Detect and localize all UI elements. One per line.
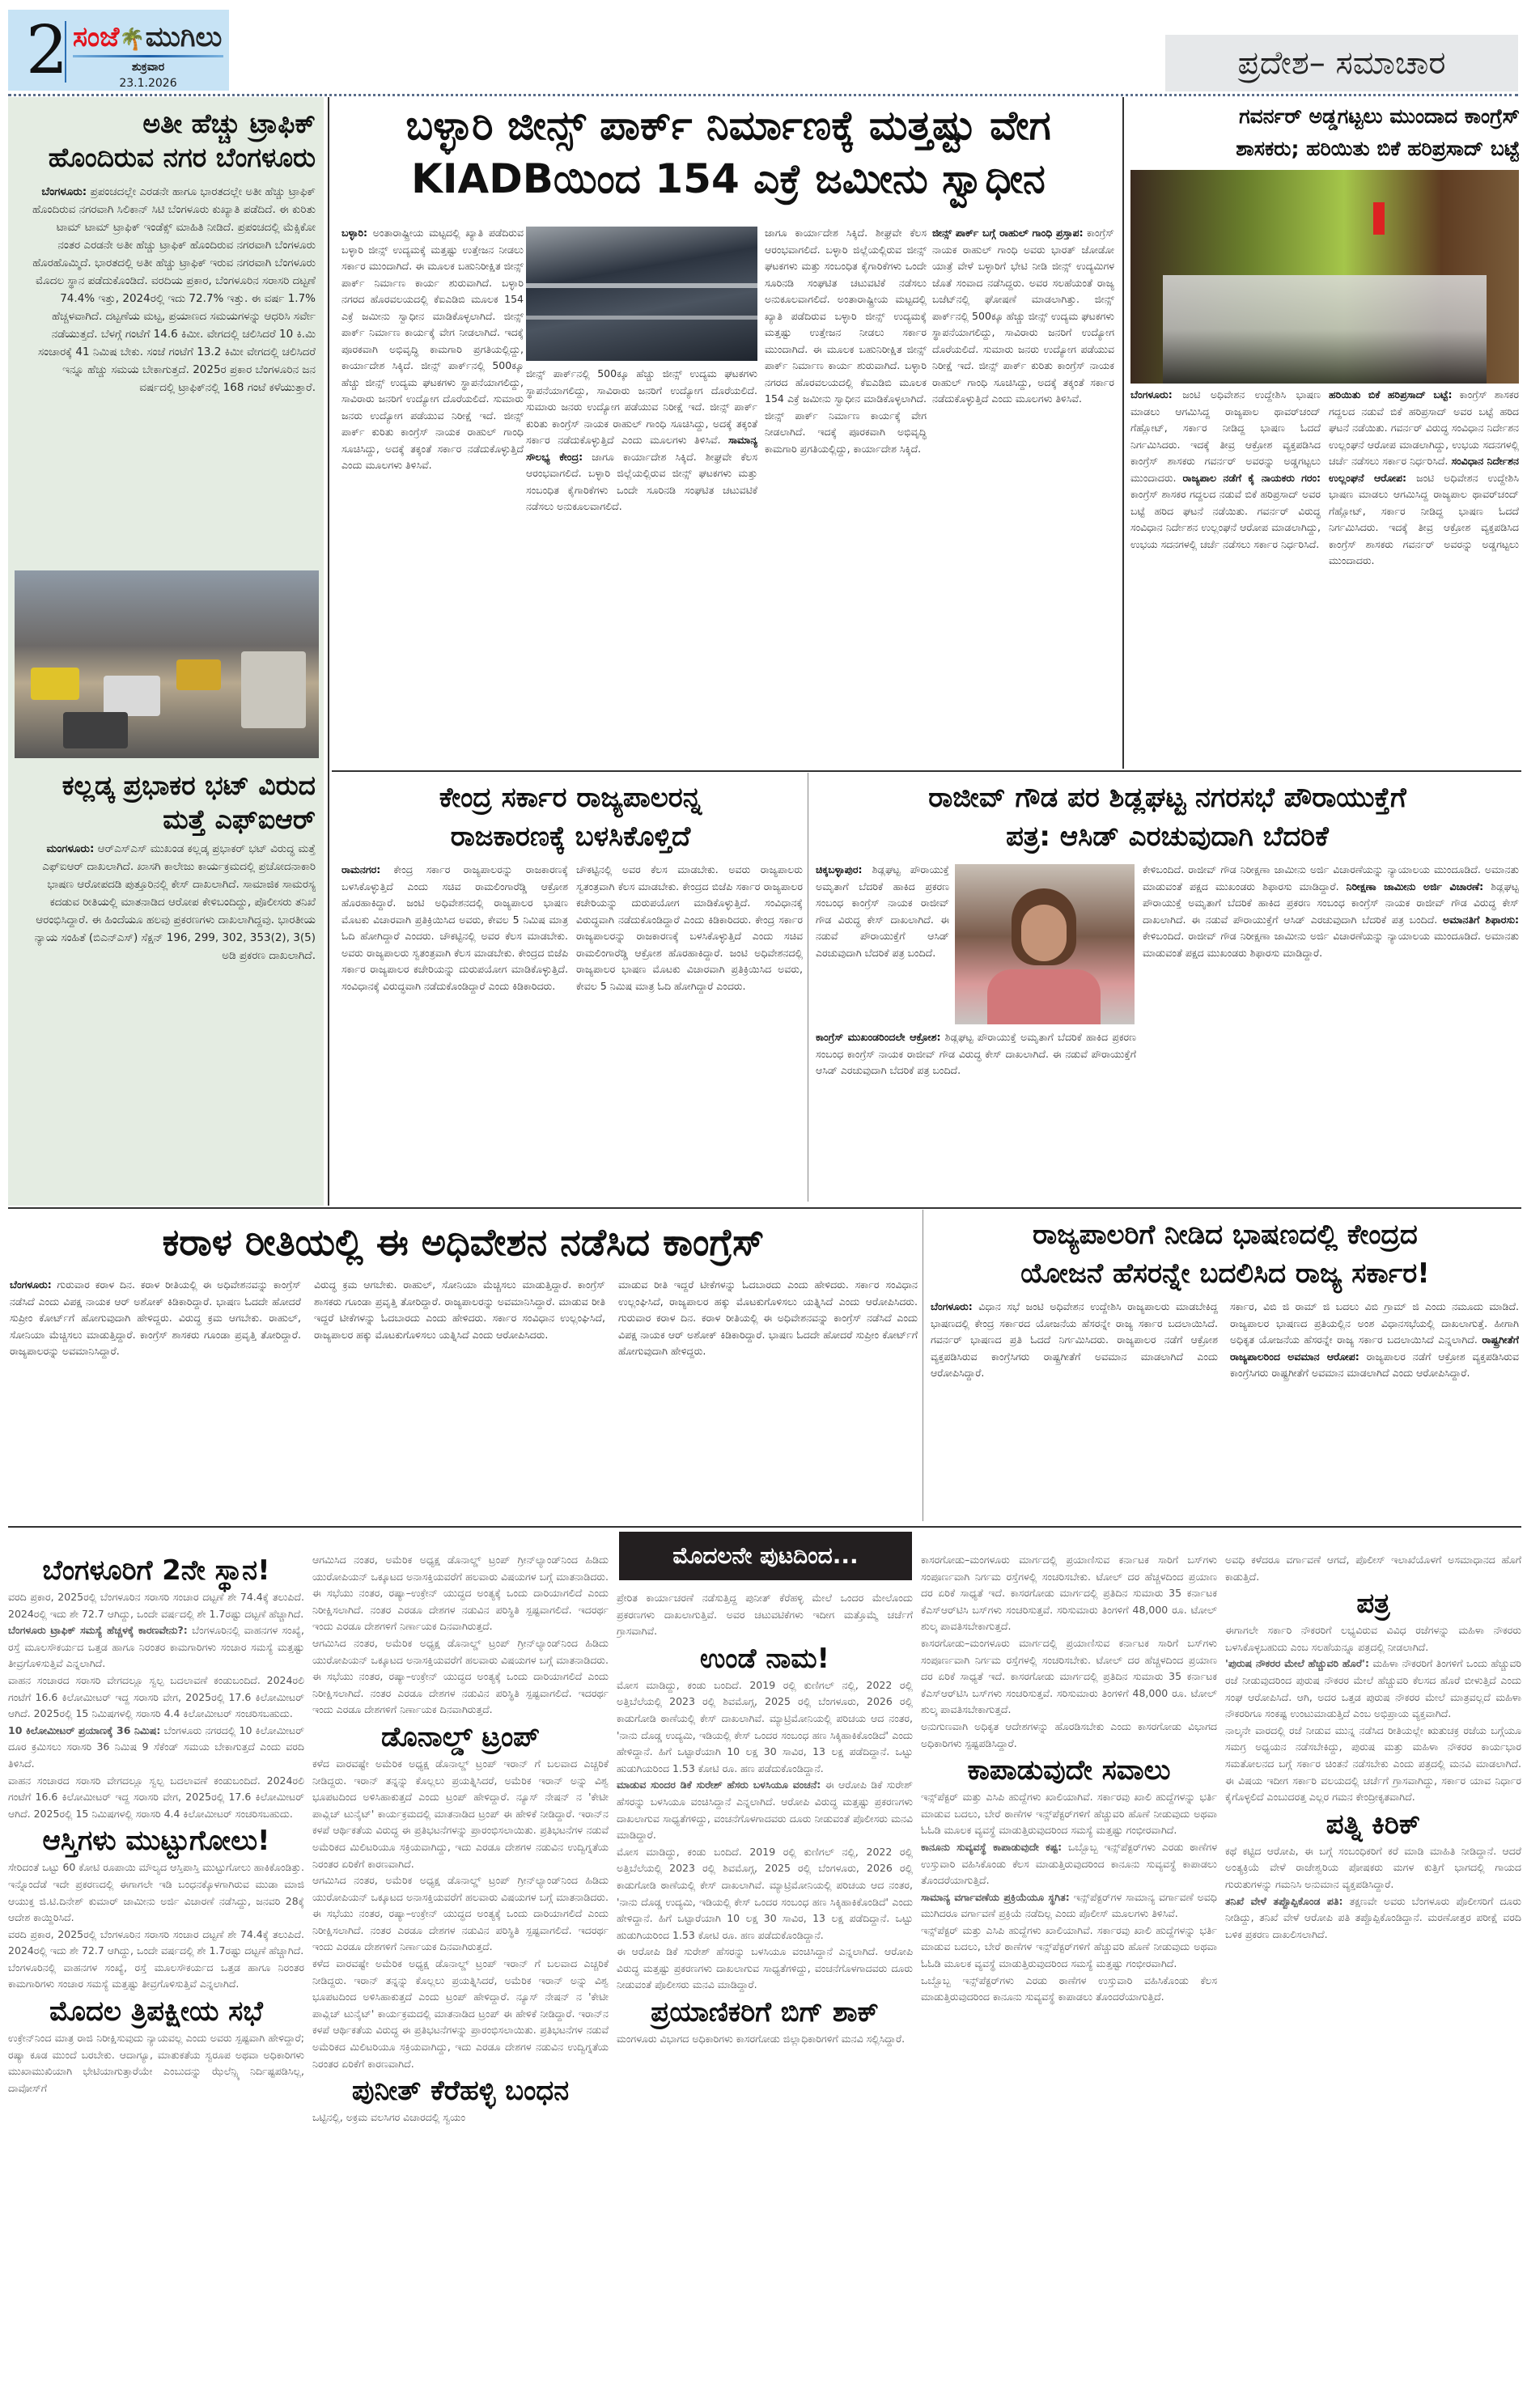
rajeev-body-col2: ಕೇಳಿಬಂದಿದೆ. ರಾಜೀವ್ ಗೌಡ ನಿರೀಕ್ಷಣಾ ಜಾಮೀನು … bbox=[1143, 862, 1519, 1198]
governor-body-col1: ಬೆಂಗಳೂರು: ಜಂಟಿ ಅಧಿವೇಶನ ಉದ್ದೇಶಿಸಿ ಭಾಷಣ ಮಾ… bbox=[1130, 387, 1321, 763]
scheme-body-col2: ಸರ್ಕಾರ, ವಿಬಿ ಜಿ ರಾಮ್ ಜಿ ಬದಲು ವಿಬಿ ಗ್ರಾಮ್… bbox=[1230, 1299, 1519, 1517]
centre-body-col2: ಚೌಕಟ್ಟಿನಲ್ಲಿ ಅವರ ಕೆಲಸ ಮಾಡಬೇಕು. ಅವರು ರಾಜ್… bbox=[576, 862, 803, 1198]
masthead-divider bbox=[65, 21, 66, 83]
sidebar-story2-headline: ಕಲ್ಲಡ್ಕ ಪ್ರಭಾಕರ ಭಟ್ ವಿರುದ ಮತ್ತೆ ಎಫ್‌ಐಆರ್ bbox=[16, 769, 316, 837]
heading-patra: ಪತ್ರ bbox=[1225, 1585, 1521, 1622]
sidebar-story1-body: ಬೆಂಗಳೂರು: ಪ್ರಪಂಚದಲ್ಲೇ ಎರಡನೇ ಹಾಗೂ ಭಾರತದಲ್… bbox=[32, 183, 316, 563]
traffic-jam-photo bbox=[15, 570, 319, 758]
section-rule bbox=[332, 770, 1521, 772]
column-divider bbox=[328, 97, 329, 1206]
municipal-commissioner-photo bbox=[955, 864, 1135, 1024]
lead-body-col1: ಬಳ್ಳಾರಿ: ಅಂತಾರಾಷ್ಟ್ರೀಯ ಮಟ್ಟದಲ್ಲಿ ಖ್ಯಾತಿ … bbox=[341, 225, 524, 759]
heading-assets-seized: ಆಸ್ತಿಗಳು ಮುಟ್ಟುಗೋಲು! bbox=[8, 1822, 304, 1859]
assembly-protest-photo bbox=[1130, 170, 1519, 384]
section-rule bbox=[8, 1207, 1521, 1209]
column-divider bbox=[923, 1210, 923, 1521]
centre-body-col1: ರಾಮನಗರ: ಕೇಂದ್ರ ಸರ್ಕಾರ ರಾಜ್ಯಪಾಲರನ್ನು ರಾಜಕ… bbox=[341, 862, 568, 1198]
newspaper-logo: ಸಂಜೆ🌴ಮುಗಿಲು bbox=[73, 21, 222, 56]
continued-banner: ಮೊದಲನೇ ಪುಟದಿಂದ... bbox=[619, 1532, 912, 1580]
continued-col5: ಅವಧಿ ಕಳೆದರೂ ವರ್ಗಾವಣೆ ಆಗದೆ, ಪೊಲೀಸ್ ಇಲಾಖೆಯ… bbox=[1225, 1552, 1521, 2402]
section-rule bbox=[8, 1526, 1521, 1528]
palm-sun-icon: 🌴 bbox=[119, 28, 145, 52]
heading-kapaduvude-savalu: ಕಾಪಾಡುವುದೇ ಸವಾಲು bbox=[921, 1752, 1217, 1789]
continued-col4: ಕಾಸರಗೋಡು–ಮಂಗಳೂರು ಮಾರ್ಗದಲ್ಲಿ ಪ್ರಯಾಣಿಸುವ ಕ… bbox=[921, 1552, 1217, 2402]
page-number: 2 bbox=[26, 18, 68, 84]
issue-day: ಶುಕ್ರವಾರ bbox=[73, 61, 223, 74]
congress-body-col2: ವಿರುದ್ಧ ಕ್ರಮ ಆಗಬೇಕು. ರಾಹುಲ್, ಸೋನಿಯಾ ಮೆಚ್… bbox=[314, 1277, 605, 1516]
heading-bengaluru-2nd: ಬೆಂಗಳೂರಿಗೆ 2ನೇ ಸ್ಥಾನ! bbox=[8, 1552, 304, 1589]
governor-headline: ಗವರ್ನರ್ ಅಡ್ಡಗಟ್ಟಲು ಮುಂದಾದ ಕಾಂಗ್ರೆಸ್ ಶಾಸಕ… bbox=[1131, 100, 1520, 165]
scheme-body-col1: ಬೆಂಗಳೂರು: ವಿಧಾನ ಸಭೆ ಜಂಟಿ ಅಧಿವೇಶನ ಉದ್ದೇಶಿ… bbox=[931, 1299, 1218, 1517]
continued-col3: ಪ್ರೇರಿತ ಕಾರ್ಯಾಚರಣೆ ನಡೆಸುತ್ತಿದ್ದ ಪುನೀತ್ ಕ… bbox=[617, 1590, 913, 2402]
continued-col1: ಬೆಂಗಳೂರಿಗೆ 2ನೇ ಸ್ಥಾನ! ವರದಿ ಪ್ರಕಾರ, 2025ರ… bbox=[8, 1552, 304, 2402]
centre-headline: ಕೇಂದ್ರ ಸರ್ಕಾರ ರಾಜ್ಯಪಾಲರನ್ನ ರಾಜಕಾರಣಕ್ಕೆ ಬ… bbox=[340, 778, 801, 856]
sidebar-panel: ಅತೀ ಹೆಚ್ಚು ಟ್ರಾಫಿಕ್ ಹೊಂದಿರುವ ನಗರ ಬೆಂಗಳೂರ… bbox=[8, 97, 324, 1206]
logo-part-red: ಸಂಜೆ bbox=[73, 21, 119, 53]
rajeev-body-col1: ಕಾಂಗ್ರೆಸ್ ಮುಖಂಡರಿಂದಲೇ ಆಕ್ರೋಶ: ಶಿಡ್ಲಘಟ್ಟ … bbox=[816, 1029, 1136, 1199]
lead-body-col3: ಜಾಗೂ ಕಾರ್ಯಾದೇಶ ಸಿಕ್ಕಿದೆ. ಶೀಘ್ರವೇ ಕೆಲಸ ಆರ… bbox=[765, 225, 927, 759]
lead-headline: ಬಳ್ಳಾರಿ ಜೀನ್ಸ್ ಪಾರ್ಕ್ ನಿರ್ಮಾಣಕ್ಕೆ ಮತ್ತಷ್… bbox=[340, 99, 1117, 206]
congress-body-col3: ಮಾಡುವ ರೀತಿ ಇದ್ದರೆ ಟೀಕೆಗಳನ್ನು ಓದಬಾರದು ಎಂದ… bbox=[618, 1277, 918, 1516]
column-divider bbox=[808, 773, 808, 1202]
heading-unde-naama: ಉಂಡೆ ನಾಮ! bbox=[617, 1640, 913, 1677]
dateline: ಮಂಗಳೂರು: bbox=[46, 842, 94, 855]
governor-body-col2: ಹರಿಯಿತು ಬಿಕೆ ಹರಿಪ್ರಸಾದ್ ಬಟ್ಟೆ: ಕಾಂಗ್ರೆಸ್… bbox=[1329, 387, 1519, 763]
congress-body-col1: ಬೆಂಗಳೂರು: ಗುರುವಾರ ಕರಾಳ ದಿನ. ಕರಾಳ ರೀತಿಯಲ್… bbox=[10, 1277, 301, 1516]
issue-date: 23.1.2026 bbox=[73, 77, 223, 90]
sidebar-story2-body: ಮಂಗಳೂರು: ಆರ್‌ಎಸ್‌ಎಸ್ ಮುಖಂಡ ಕಲ್ಲಡ್ಕ ಪ್ರಭಾ… bbox=[24, 840, 316, 1196]
scheme-headline: ರಾಜ್ಯಪಾಲರಿಗೆ ನೀಡಿದ ಭಾಷಣದಲ್ಲಿ ಕೇಂದ್ರದ ಯೋಜ… bbox=[929, 1215, 1521, 1293]
sidebar-story1-headline: ಅತೀ ಹೆಚ್ಚು ಟ್ರಾಫಿಕ್ ಹೊಂದಿರುವ ನಗರ ಬೆಂಗಳೂರ… bbox=[16, 107, 316, 175]
logo-underline bbox=[73, 55, 223, 57]
heading-patni-kirik: ಪತ್ನಿ ಕಿರಿಕ್ bbox=[1225, 1806, 1521, 1843]
dateline: ಬೆಂಗಳೂರು: bbox=[41, 185, 87, 198]
heading-big-shock: ಪ್ರಯಾಣಿಕರಿಗೆ ಬಿಗ್ ಶಾಕ್ bbox=[617, 1994, 913, 2031]
logo-part-black: ಮುಗಿಲು bbox=[146, 21, 223, 53]
section-label: ಪ್ರದೇಶ– ಸಮಾಚಾರ bbox=[1165, 35, 1518, 91]
column-divider bbox=[1122, 97, 1124, 769]
lead-body-col4: ಜೀನ್ಸ್ ಪಾರ್ಕ್ ಬಗ್ಗೆ ರಾಹುಲ್ ಗಾಂಧಿ ಪ್ರಸ್ತಾ… bbox=[932, 225, 1114, 759]
rajeev-body-lead: ಚಿಕ್ಕಬಳ್ಳಾಪುರ: ಶಿಡ್ಲಘಟ್ಟ ಪೌರಾಯುಕ್ತೆ ಅಮೃತ… bbox=[816, 862, 949, 963]
heading-puneeth-arrest: ಪುನೀತ್ ಕೆರೆಹಳ್ಳಿ ಬಂಧನ bbox=[312, 2072, 609, 2109]
masthead: 2 ಸಂಜೆ🌴ಮುಗಿಲು ಶುಕ್ರವಾರ 23.1.2026 bbox=[8, 10, 229, 91]
jeans-park-site-photo bbox=[526, 227, 757, 361]
continued-col2: ಆಗಮಿಸಿದ ನಂತರ, ಅಮೆರಿಕ ಅಧ್ಯಕ್ಷ ಡೊನಾಲ್ಡ್ ಟ್… bbox=[312, 1552, 609, 2402]
congress-headline: ಕರಾಳ ರೀತಿಯಲ್ಲಿ ಈ ಅಧಿವೇಶನ ನಡೆಸಿದ ಕಾಂಗ್ರೆಸ… bbox=[8, 1215, 918, 1269]
lead-body-col2: ಜೀನ್ಸ್ ಪಾರ್ಕ್‌ನಲ್ಲಿ 500ಕ್ಕೂ ಹೆಚ್ಚು ಜೀನ್ಸ… bbox=[526, 366, 757, 759]
heading-trilateral-meeting: ಮೊದಲ ತ್ರಿಪಕ್ಷೀಯ ಸಭೆ bbox=[8, 1993, 304, 2030]
heading-donald-trump: ಡೊನಾಲ್ಡ್ ಟ್ರಂಪ್ bbox=[312, 1719, 609, 1756]
rajeev-headline: ರಾಜೀವ್ ಗೌಡ ಪರ ಶಿಡ್ಲಘಟ್ಟ ನಗರಸಭೆ ಪೌರಾಯುಕ್ತ… bbox=[813, 778, 1521, 856]
